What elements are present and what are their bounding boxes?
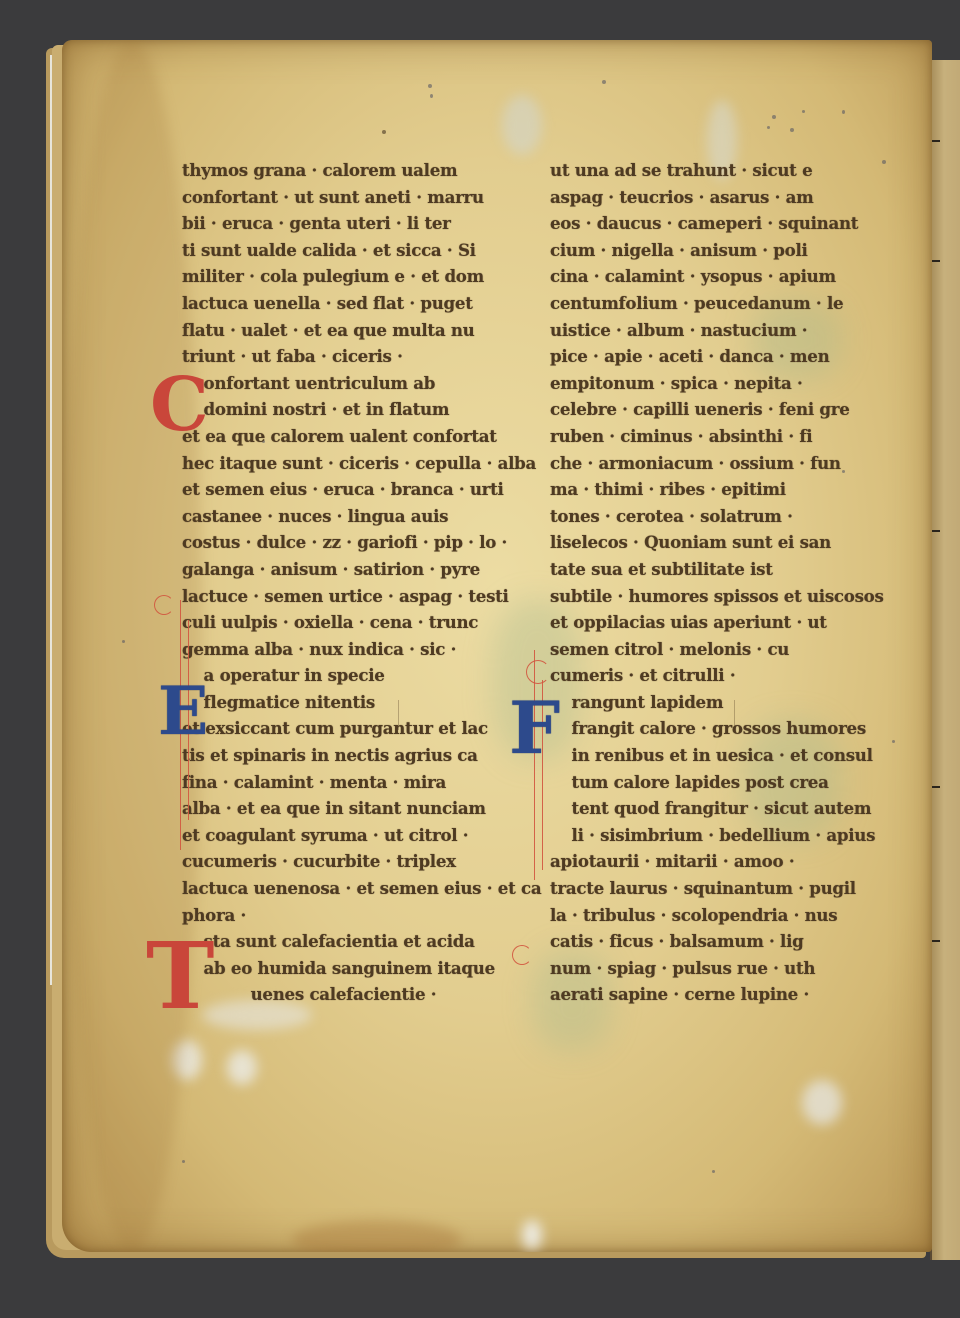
text-line: onfortant uentriculum ab — [182, 371, 496, 398]
abrasion-stain — [802, 1080, 842, 1125]
text-line: liselecos · Quoniam sunt ei san — [550, 530, 815, 557]
scan-stage: thymos grana · calorem ualem confortant … — [0, 0, 960, 1318]
ink-spot — [842, 110, 845, 114]
text-line: triunt · ut faba · ciceris · — [182, 344, 496, 371]
ink-spot — [882, 160, 886, 164]
ink-spot — [382, 130, 386, 134]
text-line: tracte laurus · squinantum · pugil — [550, 876, 815, 903]
ink-spot — [712, 1170, 715, 1173]
text-line: li · sisimbrium · bedellium · apius — [550, 823, 815, 850]
text-line: tis et spinaris in nectis agrius ca — [182, 743, 496, 770]
text-line: lactuca uenenosa · et semen eius · et ca — [182, 876, 496, 903]
pen-flourish-curl — [512, 945, 532, 965]
adjacent-leaf-edge — [930, 60, 960, 1260]
text-line: pice · apie · aceti · danca · men — [550, 344, 815, 371]
text-line: uistice · album · nastucium · — [550, 318, 815, 345]
text-line: flegmatice nitentis — [182, 690, 496, 717]
text-line: centumfolium · peucedanum · le — [550, 291, 815, 318]
edge-darkening — [62, 40, 202, 1252]
text-line: num · spiag · pulsus rue · uth — [550, 956, 815, 983]
ink-spot — [802, 110, 805, 113]
text-line: a operatur in specie — [182, 663, 496, 690]
ink-spot — [842, 470, 845, 473]
text-line: tones · cerotea · solatrum · — [550, 504, 815, 531]
ink-spot — [892, 740, 895, 743]
text-line: aspag · teucrios · asarus · am — [550, 185, 815, 212]
blue-initial-f: F — [509, 692, 560, 764]
ink-spot — [122, 640, 125, 643]
text-line: cium · nigella · anisum · poli — [550, 238, 815, 265]
text-line: ma · thimi · ribes · epitimi — [550, 477, 815, 504]
text-line: ut una ad se trahunt · sicut e — [550, 158, 815, 185]
ink-spot — [767, 126, 770, 129]
text-line: tate sua et subtilitate ist — [550, 557, 815, 584]
text-line: eos · daucus · cameperi · squinant — [550, 211, 815, 238]
text-line: uenes calefacientie · — [182, 982, 496, 1009]
text-line: phora · — [182, 903, 496, 930]
text-line: catis · ficus · balsamum · lig — [550, 929, 815, 956]
text-line: et exsiccant cum purgantur et lac — [182, 716, 496, 743]
text-line: culi uulpis · oxiella · cena · trunc — [182, 610, 496, 637]
text-line: alba · et ea que in sitant nunciam — [182, 796, 496, 823]
abrasion-stain — [502, 95, 542, 155]
ink-spot — [182, 1160, 185, 1163]
text-line: cumeris · et citrulli · — [550, 663, 815, 690]
text-line: lactuce · semen urtice · aspag · testi — [182, 584, 496, 611]
text-line: che · armoniacum · ossium · fun — [550, 451, 815, 478]
text-line: la · tribulus · scolopendria · nus — [550, 903, 815, 930]
ink-spot — [602, 80, 606, 84]
text-line: bii · eruca · genta uteri · li ter — [182, 211, 496, 238]
text-line: hec itaque sunt · ciceris · cepulla · al… — [182, 451, 496, 478]
text-line: galanga · anisum · satirion · pyre — [182, 557, 496, 584]
text-line: subtile · humores spissos et uiscosos — [550, 584, 815, 611]
text-line: militer · cola pulegium e · et dom — [182, 264, 496, 291]
red-initial-c: C — [150, 368, 209, 442]
ink-spot — [772, 115, 776, 119]
text-line: cucumeris · cucurbite · triplex — [182, 849, 496, 876]
text-line: et ea que calorem ualent confortat — [182, 424, 496, 451]
text-line: fina · calamint · menta · mira — [182, 770, 496, 797]
text-line: et coagulant syruma · ut citrol · — [182, 823, 496, 850]
text-line: costus · dulce · zz · gariofi · pip · lo… — [182, 530, 496, 557]
pen-flourish-curl — [154, 595, 174, 615]
ink-spot — [430, 94, 433, 98]
text-line: confortant · ut sunt aneti · marru — [182, 185, 496, 212]
text-line: flatu · ualet · et ea que multa nu — [182, 318, 496, 345]
text-line: tent quod frangitur · sicut autem — [550, 796, 815, 823]
water-stain — [292, 1220, 462, 1252]
text-line: et semen eius · eruca · branca · urti — [182, 477, 496, 504]
text-line: in renibus et in uesica · et consul — [550, 743, 815, 770]
pen-flourish-curl — [526, 660, 550, 684]
abrasion-stain — [522, 1220, 542, 1250]
ink-spot — [790, 128, 794, 132]
text-line: frangit calore · grossos humores — [550, 716, 815, 743]
text-line: gemma alba · nux indica · sic · — [182, 637, 496, 664]
red-initial-t: T — [146, 930, 214, 1022]
text-line: castanee · nuces · lingua auis — [182, 504, 496, 531]
text-line: rangunt lapidem — [550, 690, 815, 717]
blue-initial-e: E — [158, 678, 208, 744]
text-line: lactuca uenella · sed flat · puget — [182, 291, 496, 318]
text-line: ab eo humida sanguinem itaque — [182, 956, 496, 983]
parchment-leaf: thymos grana · calorem ualem confortant … — [62, 40, 932, 1252]
text-column-right: ut una ad se trahunt · sicut e aspag · t… — [550, 158, 820, 1009]
text-line: empitonum · spica · nepita · — [550, 371, 815, 398]
text-line: ruben · ciminus · absinthi · fi — [550, 424, 815, 451]
text-line: thymos grana · calorem ualem — [182, 158, 496, 185]
text-line: sta sunt calefacientia et acida — [182, 929, 496, 956]
ink-spot — [428, 84, 432, 88]
text-line: ti sunt ualde calida · et sicca · Si — [182, 238, 496, 265]
text-column-left: thymos grana · calorem ualem confortant … — [182, 158, 502, 1009]
text-line: tum calore lapides post crea — [550, 770, 815, 797]
abrasion-stain — [227, 1050, 257, 1085]
text-line: cina · calamint · ysopus · apium — [550, 264, 815, 291]
text-line: et oppilacias uias aperiunt · ut — [550, 610, 815, 637]
text-line: semen citrol · melonis · cu — [550, 637, 815, 664]
text-line: domini nostri · et in flatum — [182, 397, 496, 424]
text-line: celebre · capilli ueneris · feni gre — [550, 397, 815, 424]
text-line: aerati sapine · cerne lupine · — [550, 982, 815, 1009]
text-line: apiotaurii · mitarii · amoo · — [550, 849, 815, 876]
